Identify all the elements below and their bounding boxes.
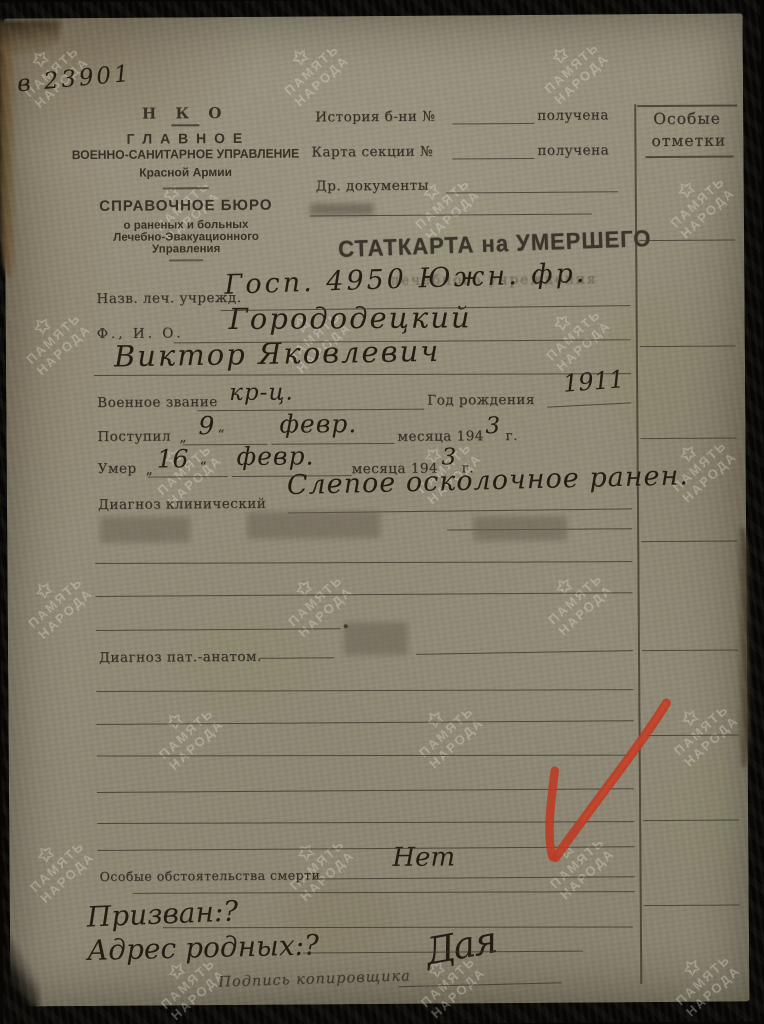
divider [169,259,203,261]
rule-line [133,891,635,894]
card-suffix: получена [537,142,609,158]
corner-registration-number: в 23901 [16,61,133,98]
docs-label: Др. документы [316,178,429,195]
ruled-lines-layer [0,0,760,3]
rule-line [641,540,737,542]
rule-line [639,239,735,241]
name-patronymic-value: Виктор Яковлевич [114,334,441,374]
death-circumstances-label: Особые обстоятельства смерти [99,867,320,884]
rule-line [272,443,395,445]
redaction-blur [344,622,408,655]
scanned-document-viewport: ✩ПАМЯТЬНАРОДА✩ПАМЯТЬНАРОДА✩ПАМЯТЬНАРОДА✩… [0,0,764,1024]
faded-stamp-smudge [310,203,374,215]
marks-title-1: Особые [653,110,721,128]
watermark: ✩ПАМЯТЬНАРОДА [661,939,743,1020]
rule-line [642,649,738,651]
rule-line [644,904,740,906]
birth-year-label: Год рождения [427,392,535,409]
rule-line [637,104,737,107]
rule-line [452,123,534,125]
crease-right-edge [736,527,750,767]
admitted-month-value: февр. [279,409,357,439]
watermark: ✩ПАМЯТЬНАРОДА [656,161,738,242]
institution-label: Назв. леч. учрежд. [96,290,241,307]
watermark: ✩ПАМЯТЬНАРОДА [12,297,94,378]
admitted-year-digit: 3 [485,413,500,439]
ink-dot [344,624,348,628]
diagnosis-label: Диагноз клинический [98,496,266,513]
rule-line [446,191,618,193]
pat-anatomy-label: Диагноз пат.-анатом. [99,649,262,666]
watermark: ✩ПАМЯТЬНАРОДА [534,558,616,639]
watermark: ✩ПАМЯТЬНАРОДА [405,691,487,772]
watermark: ✩ПАМЯТЬНАРОДА [14,561,96,642]
org-line-sanupr: ВОЕННО-САНИТАРНОЕ УПРАВЛЕНИЕ [59,146,311,162]
org-line-nko: Н К О [55,103,315,123]
rule-line [416,650,633,655]
rank-value: кр-ц. [229,380,294,406]
rule-line [398,982,561,987]
divider [171,124,199,126]
org-line-bureau: СПРАВОЧНОЕ БЮРО [56,196,316,215]
rank-label: Военное звание [97,394,218,411]
stain [181,620,312,711]
stain [599,298,700,429]
org-line-army: Красной Армии [56,164,316,180]
rule-line [95,561,632,564]
marks-title-2: отметки [651,132,726,151]
relatives-note: Адрес родных:? [87,928,320,967]
admitted-month-prefix: месяца 194 [397,428,483,445]
rule-line [148,476,228,478]
rule-line [163,926,633,928]
org-line-glavnoe: Г Л А В Н О Е [55,129,315,147]
torn-corner-top-left [0,20,61,54]
admitted-open-quote: „ [179,429,187,445]
redaction-blur [473,516,567,542]
surname-value: Горододецкий [229,300,472,336]
birth-year-value: 1911 [562,365,625,398]
redaction-blur [100,516,190,543]
history-suffix: получена [537,107,609,123]
institution-value: Госп. 4950 Южн. фр. [224,258,588,301]
red-checkmark [521,678,702,879]
rule-line [641,437,737,439]
watermark: ✩ПАМЯТЬНАРОДА [530,27,612,108]
history-label: История б-ни № [315,109,435,126]
shadow-corner-bottom-left [0,930,40,1022]
died-close-quote: “ [200,459,208,475]
card-label: Карта секции № [311,144,433,161]
died-month-value: февр. [237,441,315,471]
died-day-value: 16 [157,444,189,473]
admitted-day-value: 9 [198,411,214,440]
watermark-layer: ✩ПАМЯТЬНАРОДА✩ПАМЯТЬНАРОДА✩ПАМЯТЬНАРОДА✩… [0,0,760,3]
rule-line [453,158,535,160]
diagnosis-value: Слепое осколочное ранен. [286,460,689,501]
rule-line [646,155,734,158]
watermark: ✩ПАМЯТЬНАРОДА [270,29,352,110]
died-label: Умер [98,461,137,477]
torn-edge-left [0,27,16,277]
copyist-label: Подпись копировщика [218,968,411,990]
org-line-upr: Управления [56,242,316,256]
document-page: ✩ПАМЯТЬНАРОДА✩ПАМЯТЬНАРОДА✩ПАМЯТЬНАРОДА✩… [4,13,750,1006]
admitted-year-suffix: г. [505,428,517,444]
watermark: ✩ПАМЯТЬНАРОДА [16,825,98,906]
admitted-label: Поступил [97,428,171,445]
divider [163,187,209,189]
document-title-stamp: СТАТКАРТА на УМЕРШЕГО [338,225,652,263]
org-header-block: Н К О Г Л А В Н О Е ВОЕННО-САНИТАРНОЕ УП… [55,103,316,265]
admitted-close-quote: “ [217,427,225,443]
redaction-blur [247,511,380,539]
rule-line [94,373,631,376]
rule-line [96,592,633,597]
died-open-quote: „ [146,462,154,478]
